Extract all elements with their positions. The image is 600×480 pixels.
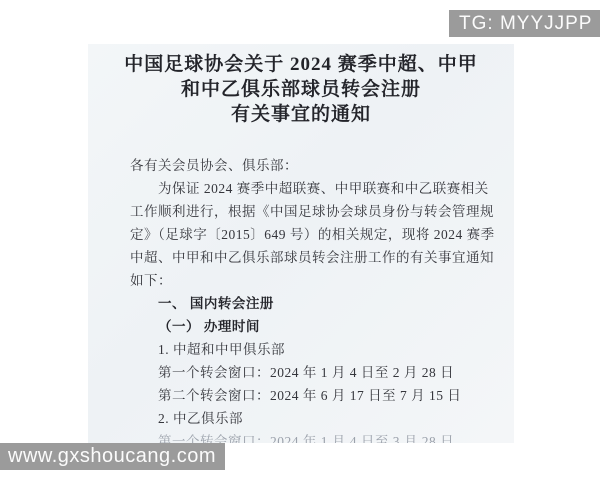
transfer-window-line: 第一个转会窗口：2024 年 1 月 4 日至 2 月 28 日 [158,361,496,384]
document-body: 各有关会员协会、俱乐部： 为保证 2024 赛季中超联赛、中甲联赛和中乙联赛相关… [88,154,514,443]
watermark-website: www.gxshoucang.com [0,443,225,470]
paragraph-line: 如下： [130,269,496,292]
paragraph-line: 工作顺利进行，根据《中国足球协会球员身份与转会管理规 [130,200,496,223]
title-line-1: 中国足球协会关于 2024 赛季中超、中甲 [88,52,514,77]
list-item: 2. 中乙俱乐部 [158,407,496,430]
list-item: 1. 中超和中甲俱乐部 [158,338,496,361]
title-line-3: 有关事宜的通知 [88,102,514,127]
title-line-2: 和中乙俱乐部球员转会注册 [88,77,514,102]
transfer-window-line-clipped: 第一个转会窗口：2024 年 1 月 4 日至 3 月 28 日 [158,430,496,443]
salutation-line: 各有关会员协会、俱乐部： [130,154,496,177]
document-title: 中国足球协会关于 2024 赛季中超、中甲 和中乙俱乐部球员转会注册 有关事宜的… [88,44,514,127]
paragraph-line: 定》（足球字〔2015〕649 号）的相关规定，现将 2024 赛季 [130,223,496,246]
document-paper: 中国足球协会关于 2024 赛季中超、中甲 和中乙俱乐部球员转会注册 有关事宜的… [88,44,514,443]
page-background: 中国足球协会关于 2024 赛季中超、中甲 和中乙俱乐部球员转会注册 有关事宜的… [0,0,600,480]
paragraph-line: 为保证 2024 赛季中超联赛、中甲联赛和中乙联赛相关 [158,177,496,200]
watermark-telegram: TG: MYYJJPP [449,10,600,37]
paragraph-line: 中超、中甲和中乙俱乐部球员转会注册工作的有关事宜通知 [130,246,496,269]
section-heading: 一、 国内转会注册 [158,292,496,315]
subsection-heading: （一） 办理时间 [158,315,496,338]
transfer-window-line: 第二个转会窗口：2024 年 6 月 17 日至 7 月 15 日 [158,384,496,407]
